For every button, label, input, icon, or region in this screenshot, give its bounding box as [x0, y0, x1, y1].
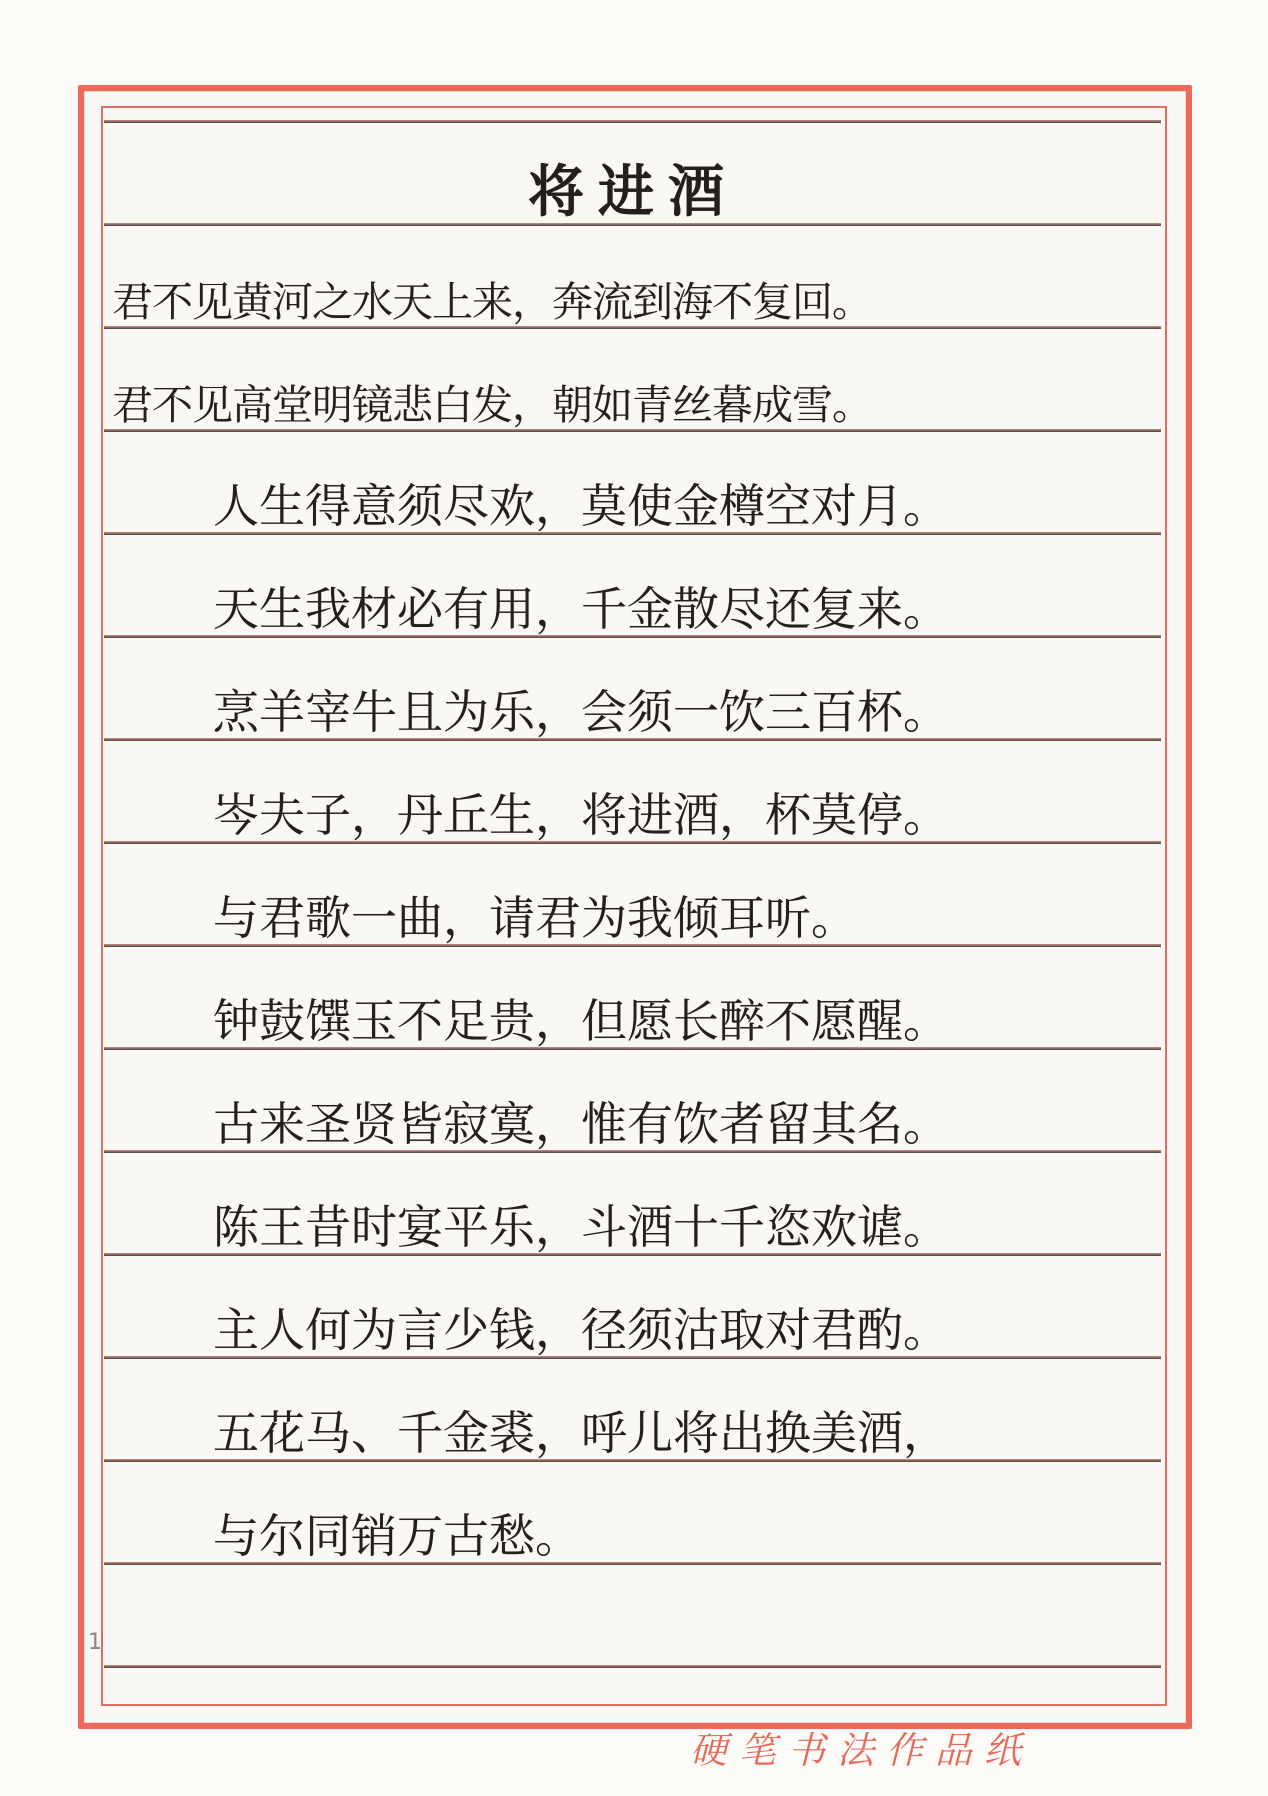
- paper-brand-label: 硬笔书法作品纸: [690, 1732, 1033, 1769]
- poem-line-13: 与尔同销万古愁。: [213, 1513, 581, 1559]
- poem-line-5: 烹羊宰牛且为乐，会须一饮三百杯。: [213, 689, 949, 735]
- poem-line-12: 五花马、千金裘，呼儿将出换美酒，: [213, 1410, 949, 1456]
- poem-line-3: 人生得意须尽欢，莫使金樽空对月。: [213, 483, 949, 529]
- poem-line-10: 陈王昔时宴平乐，斗酒十千恣欢谑。: [213, 1204, 949, 1250]
- poem-line-6: 岑夫子，丹丘生，将进酒，杯莫停。: [213, 792, 949, 838]
- poem-line-11: 主人何为言少钱，径须沽取对君酌。: [213, 1307, 949, 1353]
- poem-line-8: 钟鼓馔玉不足贵，但愿长醉不愿醒。: [213, 998, 949, 1044]
- page-number: 1: [88, 1632, 102, 1654]
- poem-line-2: 君不见高堂明镜悲白发，朝如青丝暮成雪。: [112, 385, 872, 426]
- poem-line-9: 古来圣贤皆寂寞，惟有饮者留其名。: [213, 1101, 949, 1147]
- calligraphy-sheet: 将进酒 君不见黄河之水天上来，奔流到海不复回。 君不见高堂明镜悲白发，朝如青丝暮…: [0, 0, 1268, 1796]
- poem-line-4: 天生我材必有用，千金散尽还复来。: [213, 586, 949, 632]
- poem-line-7: 与君歌一曲，请君为我倾耳听。: [213, 895, 857, 941]
- poem-title: 将进酒: [104, 164, 1162, 220]
- poem-line-1: 君不见黄河之水天上来，奔流到海不复回。: [112, 282, 872, 323]
